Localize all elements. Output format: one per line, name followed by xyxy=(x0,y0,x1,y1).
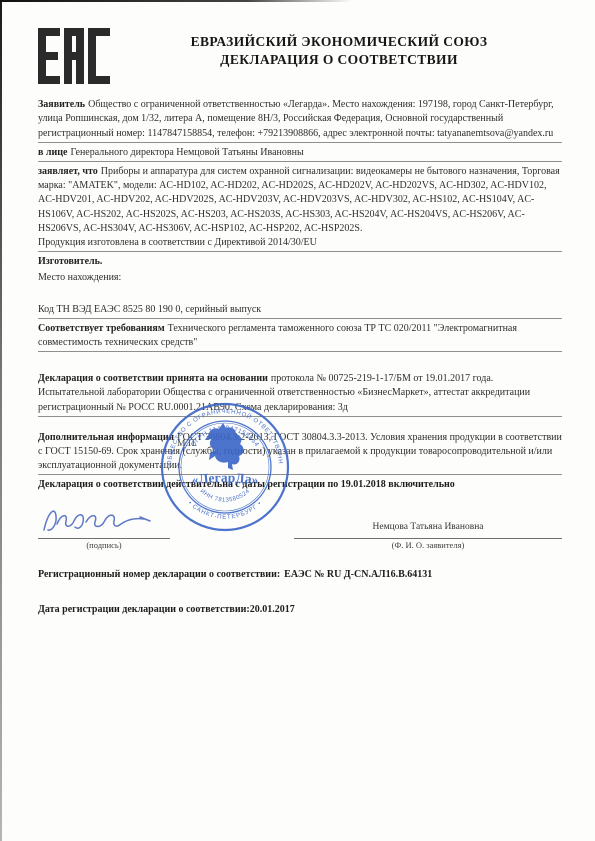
registration-number-value: ЕАЭС № RU Д-CN.АЛ16.В.64131 xyxy=(284,569,432,580)
compliance-paragraph: Соответствует требованиямТехнического ре… xyxy=(38,322,562,352)
registration-date-line: Дата регистрации декларации о соответств… xyxy=(38,603,562,617)
document-title: ЕВРАЗИЙСКИЙ ЭКОНОМИЧЕСКИЙ СОЮЗ ДЕКЛАРАЦИ… xyxy=(116,26,562,68)
validity-line: Декларация о соответствии действительна … xyxy=(38,478,562,492)
declaration-label: заявляет, что xyxy=(38,166,98,177)
spacer xyxy=(38,355,562,372)
applicant-label: Заявитель xyxy=(38,99,85,110)
scan-edge-artifact-left xyxy=(0,0,2,841)
signature-line xyxy=(38,538,170,539)
document-header: ЕВРАЗИЙСКИЙ ЭКОНОМИЧЕСКИЙ СОЮЗ ДЕКЛАРАЦИ… xyxy=(38,26,562,89)
signature-block: (подпись) Немцова Татьяна Ивановна (Ф. И… xyxy=(38,499,562,551)
additional-info-paragraph: Дополнительная информацияГОСТ 30804.3.2-… xyxy=(38,431,562,476)
basis-label: Декларация о соответствии принята на осн… xyxy=(38,373,268,384)
applicant-fullname: Немцова Татьяна Ивановна xyxy=(294,520,562,537)
compliance-label: Соответствует требованиям xyxy=(38,323,165,334)
applicant-text: Общество с ограниченной ответственностью… xyxy=(38,99,554,138)
signature-image xyxy=(40,500,158,538)
declaration-paragraph: заявляет, чтоПриборы и аппаратура для си… xyxy=(38,165,562,252)
eac-logo-icon xyxy=(38,28,110,84)
title-line-2: ДЕКЛАРАЦИЯ О СООТВЕТСТВИИ xyxy=(116,51,562,69)
person-label: в лице xyxy=(38,147,67,158)
applicant-paragraph: ЗаявительОбщество с ограниченной ответст… xyxy=(38,98,562,143)
declaration-text: Приборы и аппаратура для систем охранной… xyxy=(38,166,560,234)
signature-column: (подпись) xyxy=(38,502,170,551)
eac-logo xyxy=(38,26,116,89)
person-text: Генерального директора Немцовой Татьяны … xyxy=(70,147,303,158)
registration-number-label: Регистрационный номер декларации о соотв… xyxy=(38,569,280,580)
basis-paragraph: Декларация о соответствии принята на осн… xyxy=(38,372,562,417)
manufacturer-location-label: Место нахождения: xyxy=(38,271,562,285)
person-paragraph: в лицеГенерального директора Немцовой Та… xyxy=(38,146,562,162)
manufacturer-label: Изготовитель. xyxy=(38,255,562,269)
signature-caption: (подпись) xyxy=(38,540,170,551)
registration-number-line: Регистрационный номер декларации о соотв… xyxy=(38,568,562,582)
scan-edge-artifact-top xyxy=(0,0,352,2)
additional-info-label: Дополнительная информация xyxy=(38,432,174,443)
spacer xyxy=(38,288,562,303)
spacer xyxy=(38,420,562,431)
declaration-document: ЕВРАЗИЙСКИЙ ЭКОНОМИЧЕСКИЙ СОЮЗ ДЕКЛАРАЦИ… xyxy=(0,0,595,841)
made-in-line: Продукция изготовлена в соответствии с Д… xyxy=(38,236,562,250)
fio-column: Немцова Татьяна Ивановна (Ф. И. О. заяви… xyxy=(294,520,562,550)
seal-place-mark: М.П. xyxy=(177,437,197,451)
customs-code-line: Код ТН ВЭД ЕАЭС 8525 80 190 0, серийный … xyxy=(38,303,562,319)
fio-line xyxy=(294,538,562,539)
fio-caption: (Ф. И. О. заявителя) xyxy=(294,540,562,551)
registration-date-label: Дата регистрации декларации о соответств… xyxy=(38,604,250,615)
registration-date-value: 20.01.2017 xyxy=(250,604,295,615)
title-line-1: ЕВРАЗИЙСКИЙ ЭКОНОМИЧЕСКИЙ СОЮЗ xyxy=(116,33,562,51)
